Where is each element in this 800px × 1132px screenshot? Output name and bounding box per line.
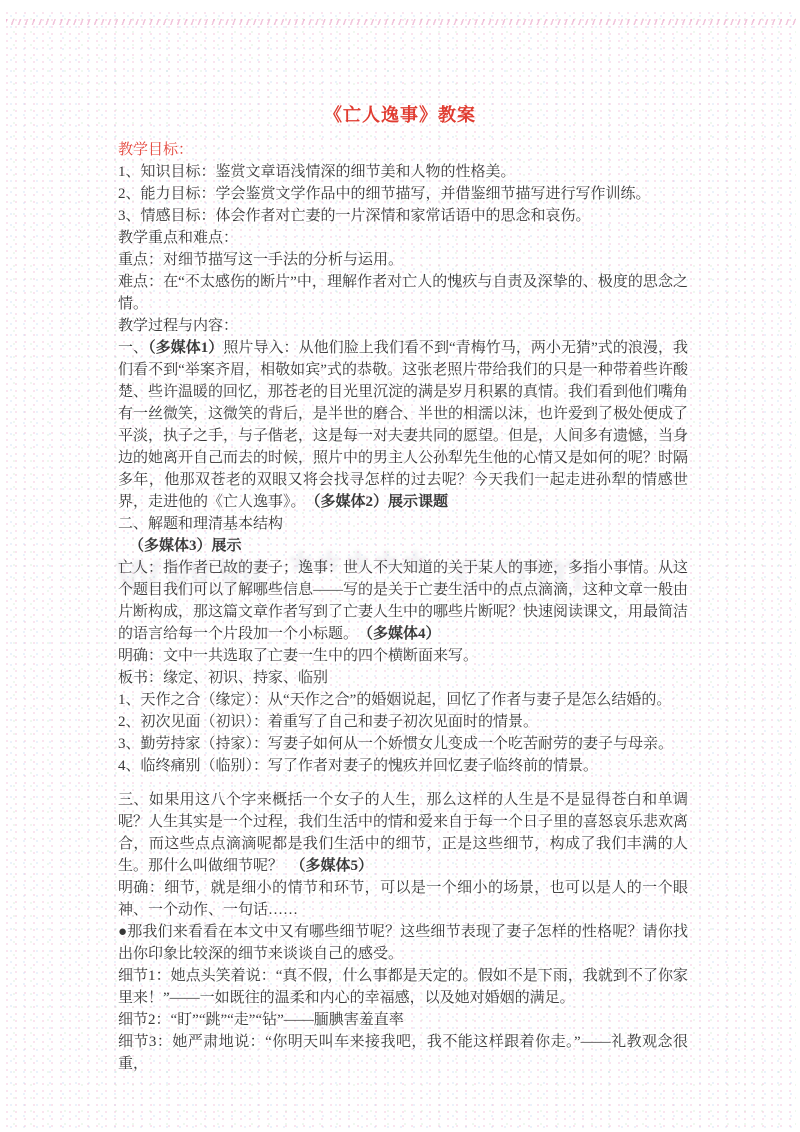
text-segment: （多媒体3）展示: [129, 538, 242, 554]
paragraph: 亡人：指作者已故的妻子；逸事：世人不大知道的关于某人的事迹，多指小事情。从这个题…: [118, 557, 688, 645]
text-segment: 明确：细节，就是细小的情节和环节，可以是一个细小的场景，也可以是人的一个眼神、一…: [118, 880, 688, 918]
paragraph: 细节2：“盯”“跳”“走”“钻”——腼腆害羞直率: [118, 1009, 688, 1031]
text-segment: 细节2：“盯”“跳”“走”“钻”——腼腆害羞直率: [118, 1012, 404, 1028]
text-segment: ●那我们来看看在本文中又有哪些细节呢？这些细节表现了妻子怎样的性格呢？请你找出你…: [118, 924, 688, 962]
text-segment: 教学重点和难点：: [118, 230, 238, 246]
paragraph: 细节3：她严肃地说：“你明天叫车来接我吧，我不能这样跟着你走。”——礼教观念很重…: [118, 1031, 688, 1075]
paragraph: 细节1：她点头笑着说：“真不假，什么事都是天定的。假如不是下雨，我就到不了你家里…: [118, 965, 688, 1009]
paragraph: 三、如果用这八个字来概括一个女子的人生，那么这样的人生是不是显得苍白和单调呢？人…: [118, 789, 688, 877]
text-segment: 三、如果用这八个字来概括一个女子的人生，那么这样的人生是不是显得苍白和单调呢？人…: [118, 792, 688, 874]
paragraph: 二、解题和理清基本结构: [118, 513, 688, 535]
text-segment: 3、情感目标：体会作者对亡妻的一片深情和家常话语中的思念和哀伤。: [118, 208, 591, 224]
top-dash-band: [6, 19, 796, 25]
text-segment: 1、知识目标：鉴赏文章语浅情深的细节美和人物的性格美。: [118, 164, 516, 180]
text-segment: 板书：缘定、初识、持家、临别: [118, 670, 328, 686]
paragraph: 难点：在“不太感伤的断片”中，理解作者对亡人的愧疚与自责及深挚的、极度的思念之情…: [118, 271, 688, 315]
paragraph: 教学目标：: [118, 139, 688, 161]
paragraph: 明确：细节，就是细小的情节和环节，可以是一个细小的场景，也可以是人的一个眼神、一…: [118, 877, 688, 921]
document-body: 教学目标：1、知识目标：鉴赏文章语浅情深的细节美和人物的性格美。2、能力目标：学…: [118, 139, 688, 1075]
text-segment: 细节3：她严肃地说：“你明天叫车来接我吧，我不能这样跟着你走。”——礼教观念很重…: [118, 1034, 688, 1072]
paragraph: 1、天作之合（缘定）：从“天作之合”的婚姻说起，回忆了作者与妻子是怎么结婚的。: [118, 689, 688, 711]
section-heading: 教学目标：: [118, 142, 193, 158]
text-segment: 教学过程与内容：: [118, 318, 238, 334]
text-segment: 1、天作之合（缘定）：从“天作之合”的婚姻说起，回忆了作者与妻子是怎么结婚的。: [118, 692, 671, 708]
paragraph: 一、（多媒体1）照片导入：从他们脸上我们看不到“青梅竹马，两小无猜”式的浪漫，我…: [118, 337, 688, 513]
text-segment: 重点：对细节描写这一手法的分析与运用。: [118, 252, 403, 268]
text-segment: 2、初次见面（初识）：着重写了自己和妻子初次见面时的情景。: [118, 714, 538, 730]
text-segment: 二、解题和理清基本结构: [118, 516, 283, 532]
text-segment: 一、: [118, 340, 148, 356]
paragraph: 教学过程与内容：: [118, 315, 688, 337]
text-segment: （多媒体2）展示课题: [313, 494, 448, 510]
text-segment: 照片导入：从他们脸上我们看不到“青梅竹马，两小无猜”式的浪漫，我们看不到“举案齐…: [118, 340, 688, 510]
page-title: 《亡人逸事》教案: [0, 101, 800, 127]
paragraph: 3、情感目标：体会作者对亡妻的一片深情和家常话语中的思念和哀伤。: [118, 205, 688, 227]
text-segment: （多媒体1）: [148, 340, 223, 356]
paragraph: 板书：缘定、初识、持家、临别: [118, 667, 688, 689]
text-segment: 4、临终痛别（临别）：写了作者对妻子的愧疚并回忆妻子临终前的情景。: [118, 758, 598, 774]
paragraph: 4、临终痛别（临别）：写了作者对妻子的愧疚并回忆妻子临终前的情景。: [118, 755, 688, 777]
paragraph: ●那我们来看看在本文中又有哪些细节呢？这些细节表现了妻子怎样的性格呢？请你找出你…: [118, 921, 688, 965]
paragraph: 教学重点和难点：: [118, 227, 688, 249]
paragraph: 1、知识目标：鉴赏文章语浅情深的细节美和人物的性格美。: [118, 161, 688, 183]
paragraph: 明确：文中一共选取了亡妻一生中的四个横断面来写。: [118, 645, 688, 667]
paragraph: （多媒体3）展示: [118, 535, 688, 557]
text-segment: （多媒体5）: [298, 858, 373, 874]
paragraph: 重点：对细节描写这一手法的分析与运用。: [118, 249, 688, 271]
paragraph: 2、能力目标：学会鉴赏文学作品中的细节描写，并借鉴细节描写进行写作训练。: [118, 183, 688, 205]
text-segment: 细节1：她点头笑着说：“真不假，什么事都是天定的。假如不是下雨，我就到不了你家里…: [118, 968, 688, 1006]
paragraph: 2、初次见面（初识）：着重写了自己和妻子初次见面时的情景。: [118, 711, 688, 733]
text-segment: 难点：在“不太感伤的断片”中，理解作者对亡人的愧疚与自责及深挚的、极度的思念之情…: [118, 274, 688, 312]
text-segment: 3、勤劳持家（持家）：写妻子如何从一个娇惯女儿变成一个吃苦耐劳的妻子与母亲。: [118, 736, 673, 752]
text-segment: （多媒体4）: [366, 626, 441, 642]
text-segment: 明确：文中一共选取了亡妻一生中的四个横断面来写。: [118, 648, 478, 664]
text-segment: 2、能力目标：学会鉴赏文学作品中的细节描写，并借鉴细节描写进行写作训练。: [118, 186, 651, 202]
paragraph: 3、勤劳持家（持家）：写妻子如何从一个娇惯女儿变成一个吃苦耐劳的妻子与母亲。: [118, 733, 688, 755]
document-page: www.*****.com 《亡人逸事》教案 教学目标：1、知识目标：鉴赏文章语…: [0, 0, 800, 1132]
